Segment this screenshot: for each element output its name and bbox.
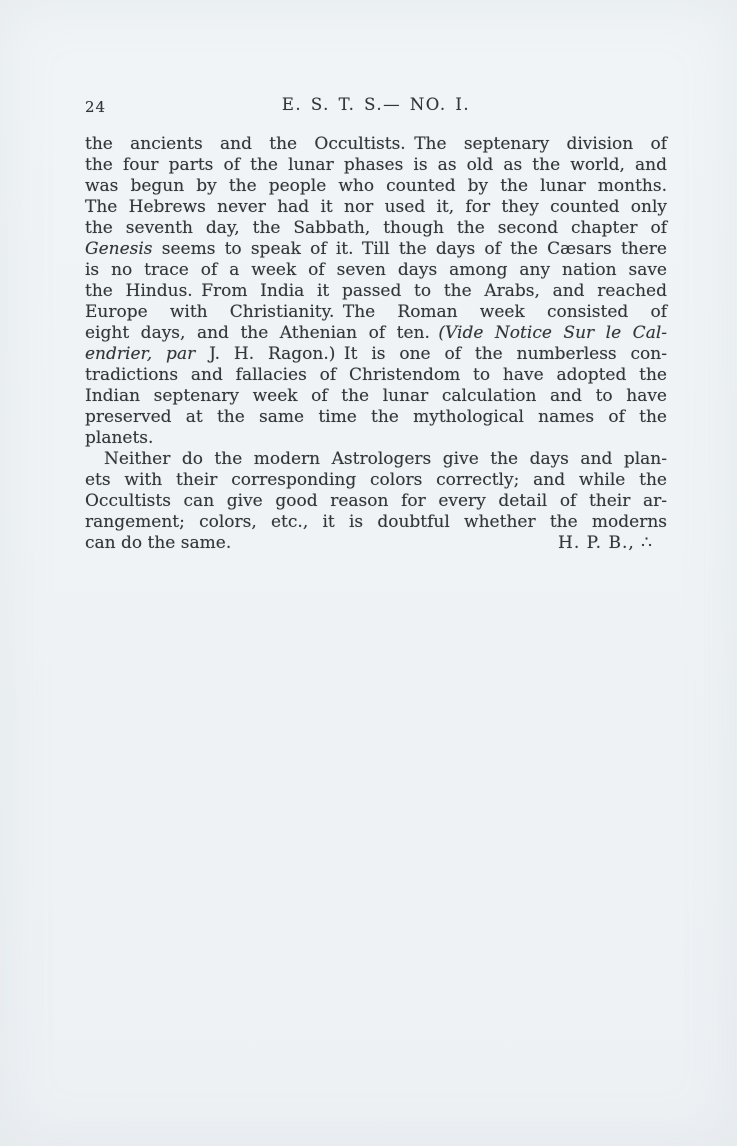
text-line: rangement; colors, etc., it is doubtful … — [85, 512, 667, 533]
author-signature: H. P. B., ∴ — [558, 533, 653, 554]
text-line: was begun by the people who counted by t… — [85, 176, 667, 197]
text-line: Neither do the modern Astrologers give t… — [85, 449, 667, 470]
text-segment: tradictions and fallacies of Christendom… — [85, 365, 667, 385]
text-segment: rangement; colors, etc., it is doubtful … — [85, 512, 667, 532]
text-segment: The Hebrews never had it nor used it, fo… — [85, 197, 667, 217]
text-segment: Neither do the modern Astrologers give t… — [104, 449, 667, 469]
text-segment: Indian septenary week of the lunar calcu… — [85, 386, 667, 406]
italic-text-segment: Genesis — [85, 239, 153, 259]
text-segment: ets with their corresponding colors corr… — [85, 470, 667, 490]
text-line: endrier, par J. H. Ragon.) It is one of … — [85, 344, 667, 365]
page-title: E. S. T. S.— NO. I. — [85, 95, 667, 114]
italic-text-segment: endrier, par — [85, 344, 195, 364]
text-segment: the seventh day, the Sabbath, though the… — [85, 218, 667, 238]
text-segment: is no trace of a week of seven days amon… — [85, 260, 667, 280]
scanned-book-page: 24 E. S. T. S.— NO. I. the ancients and … — [0, 0, 737, 1146]
text-segment: seems to speak of it. Till the days of t… — [153, 239, 667, 259]
text-segment: eight days, and the Athenian of ten. — [85, 323, 438, 343]
text-line: Europe with Christianity. The Roman week… — [85, 302, 667, 323]
text-segment: planets. — [85, 428, 153, 448]
text-line: preserved at the same time the mythologi… — [85, 407, 667, 428]
text-line: the ancients and the Occultists. The sep… — [85, 134, 667, 155]
italic-text-segment: (Vide Notice Sur le Cal- — [438, 323, 667, 343]
text-line: is no trace of a week of seven days amon… — [85, 260, 667, 281]
text-segment: was begun by the people who counted by t… — [85, 176, 667, 196]
text-line: eight days, and the Athenian of ten. (Vi… — [85, 323, 667, 344]
text-line: The Hebrews never had it nor used it, fo… — [85, 197, 667, 218]
closing-text: can do the same. — [85, 533, 231, 554]
text-line: tradictions and fallacies of Christendom… — [85, 365, 667, 386]
text-segment: preserved at the same time the mythologi… — [85, 407, 667, 427]
text-segment: the four parts of the lunar phases is as… — [85, 155, 667, 175]
text-segment: the ancients and the Occultists. The sep… — [85, 134, 667, 154]
text-line: the seventh day, the Sabbath, though the… — [85, 218, 667, 239]
text-line: Genesis seems to speak of it. Till the d… — [85, 239, 667, 260]
closing-line: can do the same.H. P. B., ∴ — [85, 533, 667, 554]
text-line: Indian septenary week of the lunar calcu… — [85, 386, 667, 407]
text-line: Occultists can give good reason for ever… — [85, 491, 667, 512]
text-line: the Hindus. From India it passed to the … — [85, 281, 667, 302]
text-segment: the Hindus. From India it passed to the … — [85, 281, 667, 301]
text-line: planets. — [85, 428, 667, 449]
text-segment: Occultists can give good reason for ever… — [85, 491, 667, 511]
text-line: the four parts of the lunar phases is as… — [85, 155, 667, 176]
text-line: ets with their corresponding colors corr… — [85, 470, 667, 491]
body-text-block: the ancients and the Occultists. The sep… — [85, 134, 667, 554]
text-segment: J. H. Ragon.) It is one of the numberles… — [195, 344, 667, 364]
running-head: 24 E. S. T. S.— NO. I. — [85, 95, 667, 117]
text-segment: Europe with Christianity. The Roman week… — [85, 302, 667, 322]
